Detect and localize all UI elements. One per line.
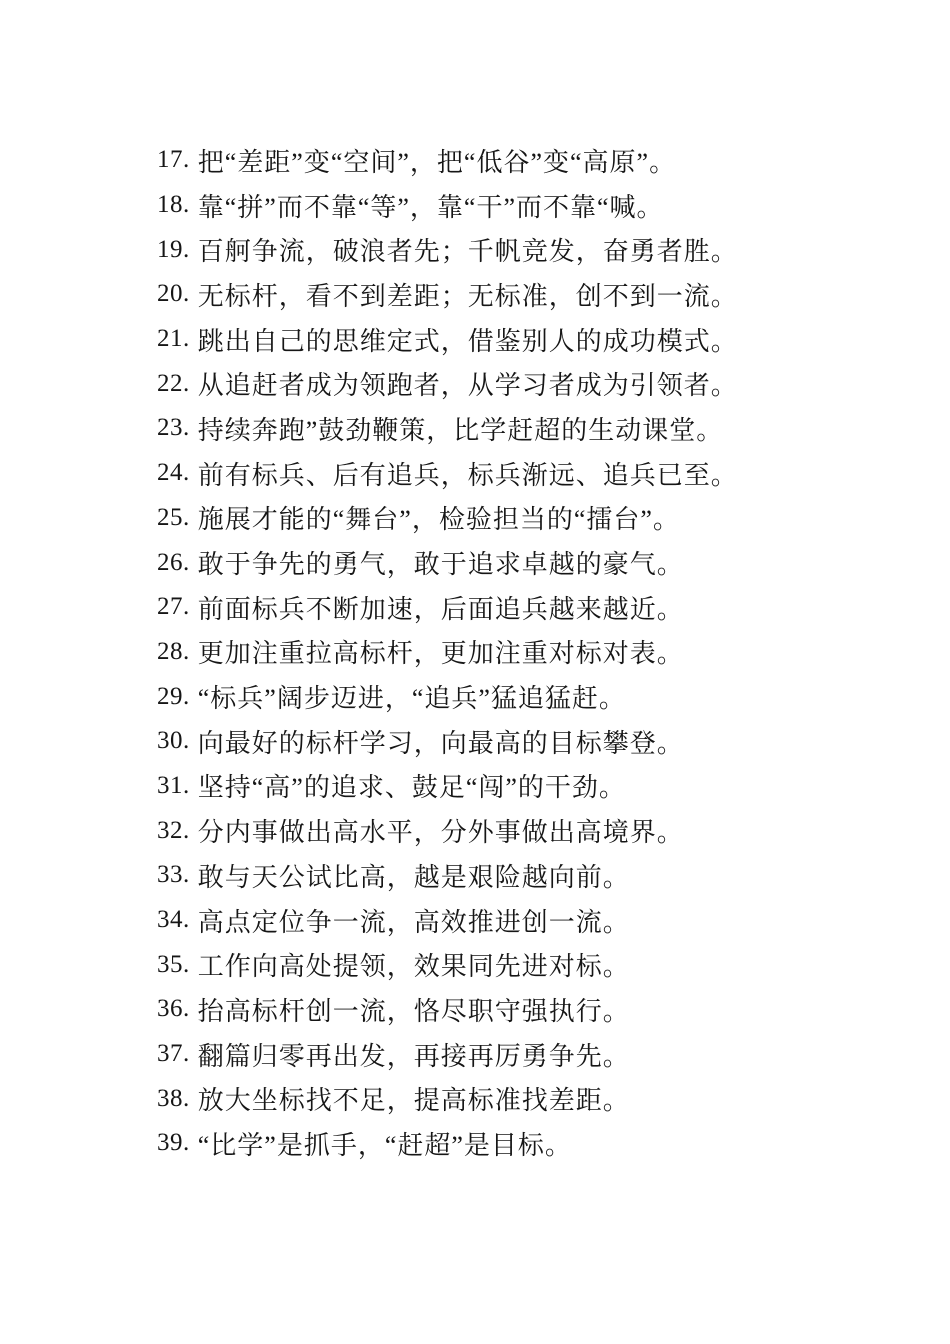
item-number: 28. <box>157 638 190 666</box>
item-text: “标兵”阔步迈进，“追兵”猛追猛赶。 <box>198 678 626 715</box>
item-text: 把“差距”变“空间”，把“低谷”变“高原”。 <box>198 142 676 179</box>
list-item: 38. 放大坐标找不足，提高标准找差距。 <box>157 1076 817 1121</box>
item-text: 敢于争先的勇气，敢于追求卓越的豪气。 <box>198 544 684 581</box>
item-number: 23. <box>157 414 190 442</box>
list-item: 17. 把“差距”变“空间”，把“低谷”变“高原”。 <box>157 138 817 183</box>
item-number: 31. <box>157 772 190 800</box>
list-item: 30. 向最好的标杆学习，向最高的目标攀登。 <box>157 719 817 764</box>
item-number: 34. <box>157 906 190 934</box>
list-item: 19. 百舸争流，破浪者先；千帆竞发，奋勇者胜。 <box>157 227 817 272</box>
item-text: 靠“拼”而不靠“等”，靠“干”而不靠“喊。 <box>198 187 664 224</box>
item-number: 36. <box>157 995 190 1023</box>
item-text: 无标杆，看不到差距；无标准，创不到一流。 <box>198 276 738 313</box>
item-number: 30. <box>157 727 190 755</box>
list-item: 32. 分内事做出高水平，分外事做出高境界。 <box>157 808 817 853</box>
item-number: 27. <box>157 593 190 621</box>
item-number: 39. <box>157 1129 190 1157</box>
item-text: 更加注重拉高标杆，更加注重对标对表。 <box>198 633 684 670</box>
item-number: 24. <box>157 459 190 487</box>
list-item: 25. 施展才能的“舞台”，检验担当的“擂台”。 <box>157 496 817 541</box>
list-item: 34. 高点定位争一流，高效推进创一流。 <box>157 898 817 943</box>
item-text: 百舸争流，破浪者先；千帆竞发，奋勇者胜。 <box>198 231 738 268</box>
item-text: 工作向高处提领，效果同先进对标。 <box>198 946 630 983</box>
item-number: 26. <box>157 549 190 577</box>
list-item: 31. 坚持“高”的追求、鼓足“闯”的干劲。 <box>157 764 817 809</box>
item-number: 32. <box>157 817 190 845</box>
item-text: 抬高标杆创一流，恪尽职守强执行。 <box>198 991 630 1028</box>
item-text: 前有标兵、后有追兵，标兵渐远、追兵已至。 <box>198 455 738 492</box>
item-number: 22. <box>157 370 190 398</box>
sentence-list: 17. 把“差距”变“空间”，把“低谷”变“高原”。 18. 靠“拼”而不靠“等… <box>157 138 817 1166</box>
item-number: 17. <box>157 146 190 174</box>
list-item: 24. 前有标兵、后有追兵，标兵渐远、追兵已至。 <box>157 451 817 496</box>
document-page: 17. 把“差距”变“空间”，把“低谷”变“高原”。 18. 靠“拼”而不靠“等… <box>0 0 950 1344</box>
item-text: 跳出自己的思维定式，借鉴别人的成功模式。 <box>198 321 738 358</box>
item-text: “比学”是抓手，“赶超”是目标。 <box>198 1125 572 1162</box>
item-number: 35. <box>157 951 190 979</box>
list-item: 27. 前面标兵不断加速，后面追兵越来越近。 <box>157 585 817 630</box>
list-item: 36. 抬高标杆创一流，恪尽职守强执行。 <box>157 987 817 1032</box>
item-text: 分内事做出高水平，分外事做出高境界。 <box>198 812 684 849</box>
item-number: 20. <box>157 280 190 308</box>
list-item: 39. “比学”是抓手，“赶超”是目标。 <box>157 1121 817 1166</box>
list-item: 23. 持续奔跑”鼓劲鞭策，比学赶超的生动课堂。 <box>157 406 817 451</box>
list-item: 20. 无标杆，看不到差距；无标准，创不到一流。 <box>157 272 817 317</box>
item-number: 19. <box>157 236 190 264</box>
item-text: 放大坐标找不足，提高标准找差距。 <box>198 1080 630 1117</box>
list-item: 18. 靠“拼”而不靠“等”，靠“干”而不靠“喊。 <box>157 183 817 228</box>
list-item: 29. “标兵”阔步迈进，“追兵”猛追猛赶。 <box>157 674 817 719</box>
item-text: 坚持“高”的追求、鼓足“闯”的干劲。 <box>198 767 626 804</box>
item-text: 翻篇归零再出发，再接再厉勇争先。 <box>198 1036 630 1073</box>
list-item: 21. 跳出自己的思维定式，借鉴别人的成功模式。 <box>157 317 817 362</box>
item-number: 37. <box>157 1040 190 1068</box>
list-item: 35. 工作向高处提领，效果同先进对标。 <box>157 942 817 987</box>
item-text: 高点定位争一流，高效推进创一流。 <box>198 902 630 939</box>
list-item: 37. 翻篇归零再出发，再接再厉勇争先。 <box>157 1032 817 1077</box>
item-text: 持续奔跑”鼓劲鞭策，比学赶超的生动课堂。 <box>198 410 724 447</box>
list-item: 33. 敢与天公试比高，越是艰险越向前。 <box>157 853 817 898</box>
item-number: 18. <box>157 191 190 219</box>
item-text: 向最好的标杆学习，向最高的目标攀登。 <box>198 723 684 760</box>
list-item: 28. 更加注重拉高标杆，更加注重对标对表。 <box>157 630 817 675</box>
item-text: 施展才能的“舞台”，检验担当的“擂台”。 <box>198 499 680 536</box>
item-number: 33. <box>157 861 190 889</box>
item-text: 敢与天公试比高，越是艰险越向前。 <box>198 857 630 894</box>
item-number: 38. <box>157 1085 190 1113</box>
item-text: 从追赶者成为领跑者，从学习者成为引领者。 <box>198 365 738 402</box>
item-number: 29. <box>157 683 190 711</box>
item-number: 25. <box>157 504 190 532</box>
item-number: 21. <box>157 325 190 353</box>
item-text: 前面标兵不断加速，后面追兵越来越近。 <box>198 589 684 626</box>
list-item: 22. 从追赶者成为领跑者，从学习者成为引领者。 <box>157 361 817 406</box>
list-item: 26. 敢于争先的勇气，敢于追求卓越的豪气。 <box>157 540 817 585</box>
